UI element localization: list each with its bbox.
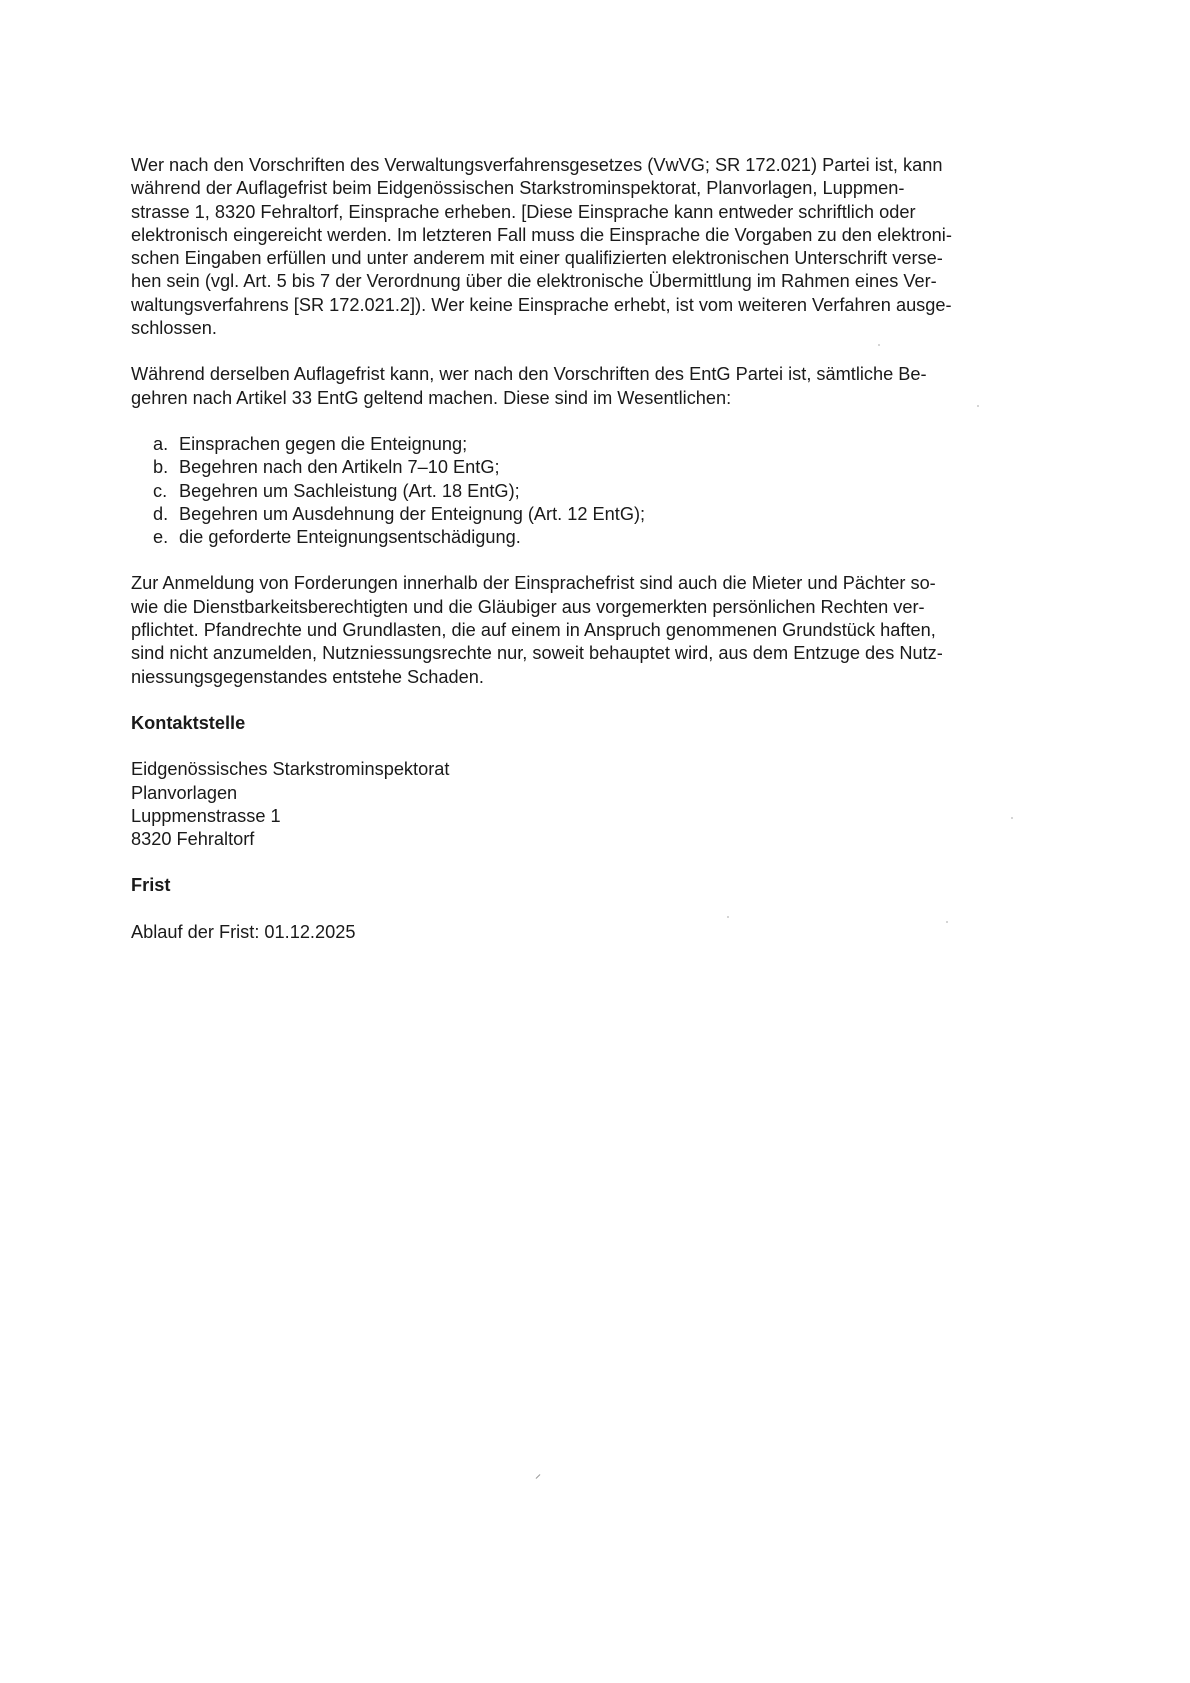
list-marker: d. <box>153 503 179 526</box>
list-item-text: Einsprachen gegen die Enteignung; <box>179 433 467 456</box>
text-line: waltungsverfahrens [SR 172.021.2]). Wer … <box>131 294 1031 317</box>
contact-heading: Kontaktstelle <box>131 712 1031 735</box>
text-line: sind nicht anzumelden, Nutzniessungsrech… <box>131 642 1031 665</box>
list-item: a. Einsprachen gegen die Enteignung; <box>153 433 1031 456</box>
text-line: Während derselben Auflagefrist kann, wer… <box>131 363 1031 386</box>
scan-speck <box>946 921 948 923</box>
list-marker: a. <box>153 433 179 456</box>
text-line: schlossen. <box>131 317 1031 340</box>
claims-intro-paragraph: Während derselben Auflagefrist kann, wer… <box>131 363 1031 410</box>
list-marker: e. <box>153 526 179 549</box>
deadline-text: Ablauf der Frist: 01.12.2025 <box>131 921 1031 944</box>
contact-address: Eidgenössisches Starkstrominspektorat Pl… <box>131 758 1031 851</box>
deadline-heading: Frist <box>131 874 1031 897</box>
scan-speck <box>727 916 729 918</box>
list-item: b. Begehren nach den Artikeln 7–10 EntG; <box>153 456 1031 479</box>
scan-speck <box>536 1474 541 1479</box>
text-line: pflichtet. Pfandrechte und Grundlasten, … <box>131 619 1031 642</box>
list-item-text: Begehren um Ausdehnung der Enteignung (A… <box>179 503 645 526</box>
address-line: Planvorlagen <box>131 782 1031 805</box>
text-line: strasse 1, 8320 Fehraltorf, Einsprache e… <box>131 201 1031 224</box>
list-marker: b. <box>153 456 179 479</box>
list-item-text: die geforderte Enteignungsentschädigung. <box>179 526 521 549</box>
claims-list: a. Einsprachen gegen die Enteignung; b. … <box>131 433 1031 549</box>
address-line: Eidgenössisches Starkstrominspektorat <box>131 758 1031 781</box>
address-line: Luppmenstrasse 1 <box>131 805 1031 828</box>
scan-speck <box>878 344 880 346</box>
list-item: c. Begehren um Sachleistung (Art. 18 Ent… <box>153 480 1031 503</box>
objection-paragraph: Wer nach den Vorschriften des Verwaltung… <box>131 154 1031 340</box>
text-line: schen Eingaben erfüllen und unter andere… <box>131 247 1031 270</box>
list-item: e. die geforderte Enteignungsentschädigu… <box>153 526 1031 549</box>
text-line: Zur Anmeldung von Forderungen innerhalb … <box>131 572 1031 595</box>
scan-speck <box>977 405 979 407</box>
list-item-text: Begehren nach den Artikeln 7–10 EntG; <box>179 456 500 479</box>
text-line: gehren nach Artikel 33 EntG geltend mach… <box>131 387 1031 410</box>
list-marker: c. <box>153 480 179 503</box>
list-item-text: Begehren um Sachleistung (Art. 18 EntG); <box>179 480 520 503</box>
list-item: d. Begehren um Ausdehnung der Enteignung… <box>153 503 1031 526</box>
address-line: 8320 Fehraltorf <box>131 828 1031 851</box>
tenants-paragraph: Zur Anmeldung von Forderungen innerhalb … <box>131 572 1031 688</box>
text-line: Wer nach den Vorschriften des Verwaltung… <box>131 154 1031 177</box>
scan-speck <box>1011 817 1013 819</box>
text-line: wie die Dienstbarkeitsberechtigten und d… <box>131 596 1031 619</box>
text-line: während der Auflagefrist beim Eidgenössi… <box>131 177 1031 200</box>
text-line: niessungsgegenstandes entstehe Schaden. <box>131 666 1031 689</box>
text-line: hen sein (vgl. Art. 5 bis 7 der Verordnu… <box>131 270 1031 293</box>
document-page: Wer nach den Vorschriften des Verwaltung… <box>131 154 1031 967</box>
text-line: elektronisch eingereicht werden. Im letz… <box>131 224 1031 247</box>
